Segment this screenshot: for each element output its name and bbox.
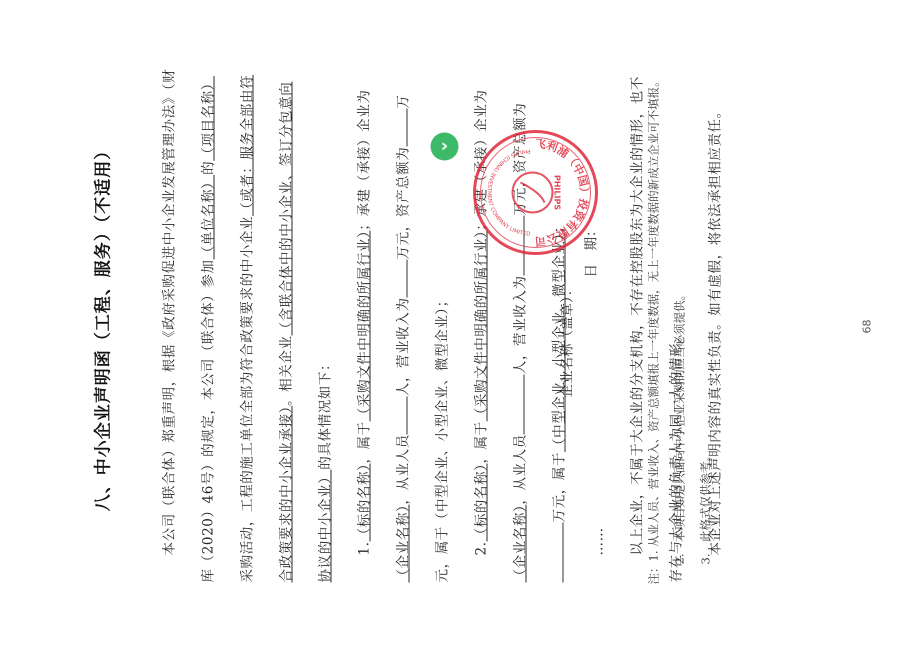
industry-field: （采购文件中明确的所属行业） xyxy=(473,230,489,421)
item-text: 万元，资产总额为 xyxy=(395,146,411,259)
note-text: 1. 从业人员、营业收入、资产总额填报上一年度数据，无上一年度数据的新成立企业可… xyxy=(646,75,660,561)
note-2: 2. 本项目如是只面向中小企业采购的应当必须提供。 xyxy=(666,60,692,584)
page-number: 68 xyxy=(860,0,873,652)
note-1: 注：1. 从业人员、营业收入、资产总额填报上一年度数据，无上一年度数据的新成立企… xyxy=(640,60,666,584)
company-name-field: （企业名称） xyxy=(512,504,528,582)
assets-blank xyxy=(550,522,563,582)
intro-text: 的 xyxy=(200,160,216,174)
item-text: ，从业人员 xyxy=(395,434,411,505)
notes-section: 注：1. 从业人员、营业收入、资产总额填报上一年度数据，无上一年度数据的新成立企… xyxy=(640,60,718,584)
item-text: ，从业人员 xyxy=(512,434,528,505)
svg-text:PHILIPS: PHILIPS xyxy=(552,174,561,209)
item-text: 人，营业收入为 xyxy=(512,275,528,374)
subject-name-field: （标的名称） xyxy=(356,463,372,541)
industry-field: （采购文件中明确的所属行业） xyxy=(356,230,372,421)
company-name-field: （企业名称） xyxy=(395,504,411,582)
unit-name-field: （单位名称） xyxy=(200,174,216,259)
intro-text: 的具体情况如下： xyxy=(317,356,333,469)
document-page: 八、中小企业声明函（工程、服务）（不适用） 本公司（联合体）郑重声明，根据《政府… xyxy=(0,0,919,652)
page-title: 八、中小企业声明函（工程、服务）（不适用） xyxy=(88,0,113,652)
svg-text:PHILIPS (CHINA) INVESTMENT COM: PHILIPS (CHINA) INVESTMENT COMPANY LIMIT… xyxy=(485,147,530,237)
item-text: ；承建（承接）企业为 xyxy=(356,89,372,230)
intro-text: 。相关企业 xyxy=(278,335,294,406)
item-number: 2. xyxy=(473,541,489,555)
intro-paragraph: 本公司（联合体）郑重声明，根据《政府采购促进中小企业发展管理办法》（财库（202… xyxy=(150,68,345,582)
project-name-field: （项目名称） xyxy=(200,76,216,161)
intro-text: 采购活动，工程的施工单位全部为符合政策要求的中小企业 xyxy=(239,215,255,582)
staff-blank xyxy=(394,396,407,434)
item-text: ，属于 xyxy=(356,421,372,463)
item-text: ，属于 xyxy=(473,421,489,463)
assets-blank xyxy=(394,108,407,146)
item-text: ； xyxy=(434,293,450,307)
item-text: 人，营业收入为 xyxy=(395,297,411,396)
staff-blank xyxy=(511,374,524,434)
notes-label: 注： xyxy=(646,561,660,584)
enterprise-size-field: （中型企业、小型企业、微型企业） xyxy=(434,307,450,526)
company-seal-stamp: 飞利浦（中国）投资有限公司 PHILIPS (CHINA) INVESTMENT… xyxy=(470,127,600,257)
revenue-blank xyxy=(394,259,407,297)
item-number: 1. xyxy=(356,541,372,555)
subject-name-field: （标的名称） xyxy=(473,463,489,541)
note-3: 3. 此格式仅供参考。 xyxy=(692,60,718,584)
chevron-right-icon[interactable]: › xyxy=(430,132,458,160)
item-text: 万元，属于 xyxy=(551,452,567,523)
